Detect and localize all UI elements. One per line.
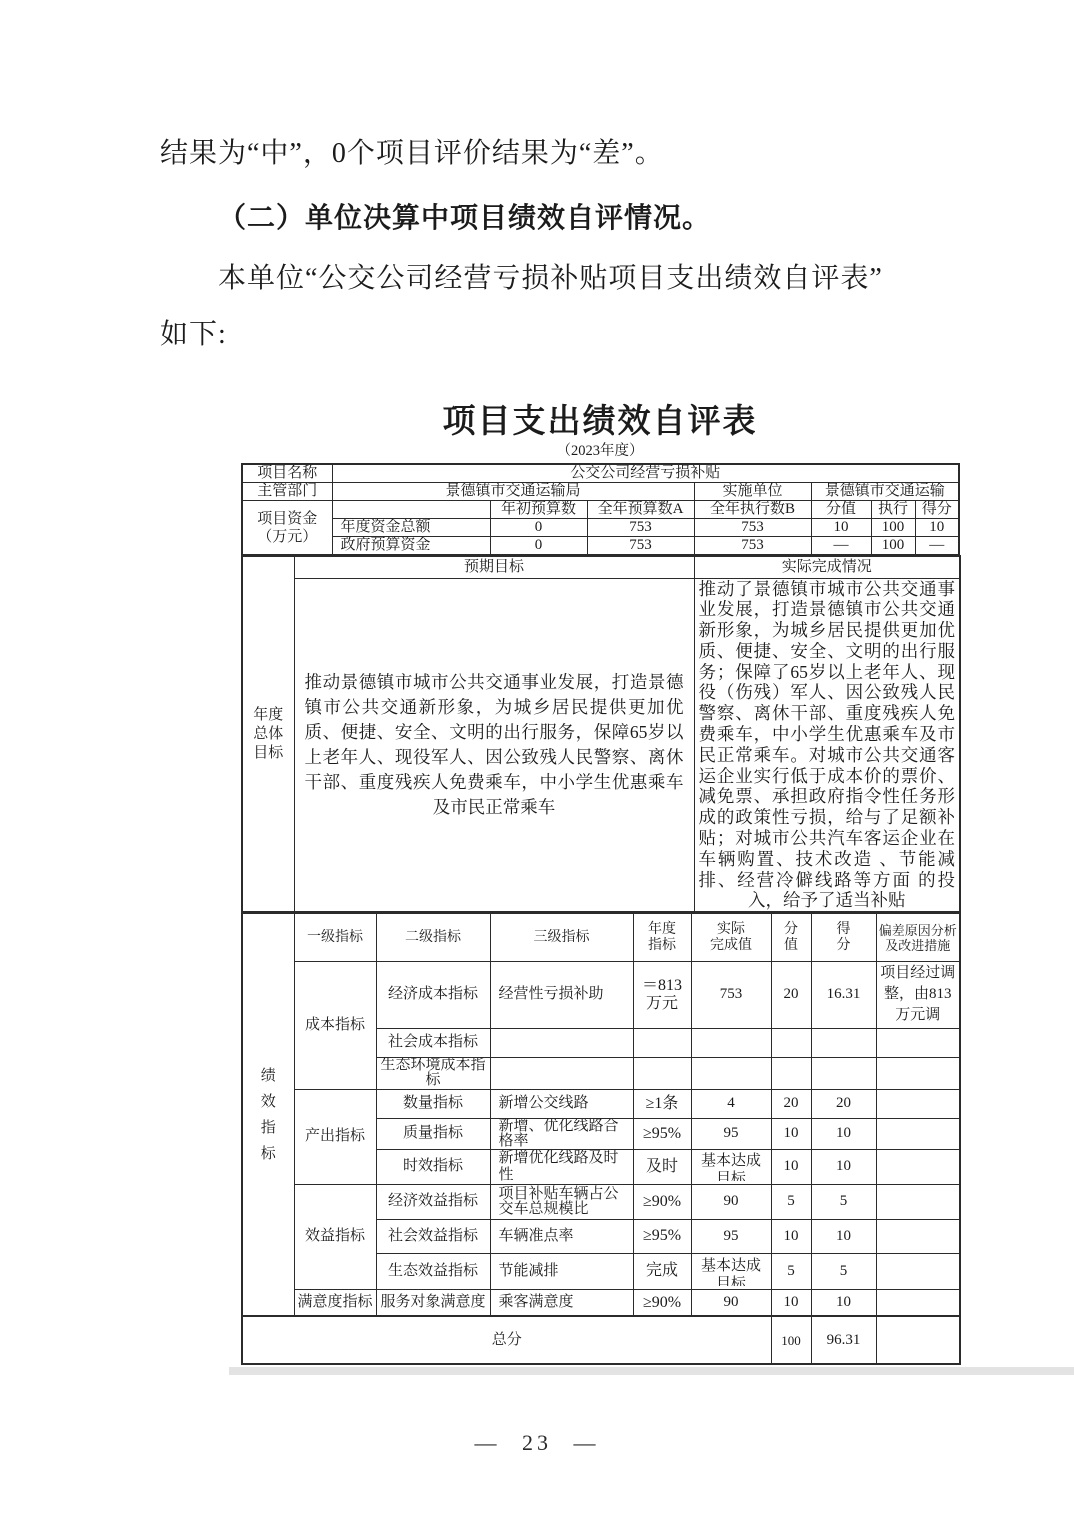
impl-unit-value: 景德镇市交通运输 [811, 483, 959, 501]
annual-cell: ≥90% [633, 1289, 691, 1316]
col-header-year-budget: 全年预算数A [587, 501, 694, 519]
total-label: 总分 [242, 1316, 771, 1364]
empty-cell [876, 1253, 960, 1289]
annual-funds-budget: 753 [587, 519, 694, 537]
annual-funds-score: 10 [915, 519, 959, 537]
empty-cell [876, 1057, 960, 1089]
level1-benefit: 效益指标 [294, 1184, 376, 1289]
score-cell: 16.31 [811, 961, 876, 1028]
level3-cell: 新增、优化线路合格率 [490, 1118, 633, 1149]
indicator-row: 产出指标 数量指标 新增公交线路 ≥1条 4 20 20 [242, 1089, 960, 1118]
actual-completion-header: 实际完成情况 [694, 556, 960, 578]
actual-cell: 基本达成 目标 [691, 1149, 771, 1184]
dept-label: 主管部门 [242, 483, 332, 501]
funds-label: 项目资金（万元） [242, 501, 332, 556]
level3-cell: 车辆准点率 [490, 1219, 633, 1253]
level3-cell: 节能减排 [490, 1253, 633, 1289]
annual-funds-exec: 753 [694, 519, 811, 537]
project-info-table: 项目名称 公交公司经营亏损补贴 主管部门 景德镇市交通运输局 实施单位 景德镇市… [241, 463, 960, 556]
empty-cell [876, 1028, 960, 1057]
empty-cell [876, 1184, 960, 1219]
level2-cell: 数量指标 [376, 1089, 490, 1118]
annual-cell: 及时 [633, 1149, 691, 1184]
level2-cell: 服务对象满意度 [376, 1289, 490, 1316]
empty-cell [633, 1057, 691, 1089]
gov-funds-exec-rate: 100 [871, 537, 915, 556]
empty-cell [876, 1316, 960, 1364]
empty-cell [691, 1057, 771, 1089]
header-level1: 一级指标 [294, 913, 376, 961]
gov-funds-initial: 0 [490, 537, 587, 556]
objectives-row-label: 年度总体目标 [242, 556, 294, 912]
header-annual: 年度 指标 [633, 913, 691, 961]
score-value-cell: 10 [771, 1118, 811, 1149]
paragraph-intro-line2: 如下: [160, 318, 1014, 352]
level2-cell: 质量指标 [376, 1118, 490, 1149]
empty-cell [876, 1089, 960, 1118]
row-project-name: 项目名称 公交公司经营亏损补贴 [242, 464, 959, 483]
section-heading: （二）单位决算中项目绩效自评情况。 [160, 200, 1014, 236]
empty-cell [876, 1149, 960, 1184]
level2-cell: 时效指标 [376, 1149, 490, 1184]
actual-cell: 753 [691, 961, 771, 1028]
objectives-header-row: 年度总体目标 预期目标 实际完成情况 [242, 556, 960, 578]
annual-funds-initial: 0 [490, 519, 587, 537]
gov-funds-budget: 753 [587, 537, 694, 556]
header-score: 得 分 [811, 913, 876, 961]
gov-funds-score: — [915, 537, 959, 556]
row-gov-budget-funds: 政府预算资金 0 753 753 — 100 — [242, 537, 959, 556]
header-actual: 实际 完成值 [691, 913, 771, 961]
row-funds-header: 项目资金（万元） 年初预算数 全年预算数A 全年执行数B 分值 执行 得分 [242, 501, 959, 519]
indicators-header-row: 绩效指标 一级指标 二级指标 三级指标 年度 指标 实际 完成值 分 值 得 分… [242, 913, 960, 961]
score-value-cell: 10 [771, 1289, 811, 1316]
score-cell: 20 [811, 1089, 876, 1118]
header-level2: 二级指标 [376, 913, 490, 961]
score-value-cell: 20 [771, 961, 811, 1028]
annual-cell: ≥1条 [633, 1089, 691, 1118]
indicator-row: 成本指标 经济成本指标 经营性亏损补助 ＝813 万元 753 20 16.31… [242, 961, 960, 1028]
performance-indicators-table: 绩效指标 一级指标 二级指标 三级指标 年度 指标 实际 完成值 分 值 得 分… [241, 912, 961, 1365]
level2-cell: 生态环境成本指标 [376, 1057, 490, 1089]
self-evaluation-sheet: 项目支出绩效自评表 （2023年度） 项目名称 公交公司经营亏损补贴 主管部门 … [241, 402, 959, 1375]
header-remark: 偏差原因分析 及改进措施 [876, 913, 960, 961]
total-score-row: 总分 100 96.31 [242, 1316, 960, 1364]
empty-cell [876, 1118, 960, 1149]
col-header-score: 得分 [915, 501, 959, 519]
score-cell: 10 [811, 1118, 876, 1149]
indicator-row: 满意度指标 服务对象满意度 乘客满意度 ≥90% 90 10 10 [242, 1289, 960, 1316]
actual-cell: 基本达成 目标 [691, 1253, 771, 1289]
empty-cell [876, 1289, 960, 1316]
indicator-row: 效益指标 经济效益指标 项目补贴车辆占公交车总规模比 ≥90% 90 5 5 [242, 1184, 960, 1219]
annual-cell: ≥95% [633, 1118, 691, 1149]
empty-cell [771, 1028, 811, 1057]
score-value-cell: 10 [771, 1219, 811, 1253]
annual-cell: 完成 [633, 1253, 691, 1289]
paragraph-intro-line1: 本单位“公交公司经营亏损补贴项目支出绩效自评表” [160, 262, 1014, 296]
score-cell: 10 [811, 1219, 876, 1253]
actual-cell: 95 [691, 1118, 771, 1149]
document-page: 结果为“中”，0个项目评价结果为“差”。 （二）单位决算中项目绩效自评情况。 本… [0, 0, 1074, 1520]
score-value-cell: 5 [771, 1184, 811, 1219]
col-header-year-exec: 全年执行数B [694, 501, 811, 519]
gov-funds-label: 政府预算资金 [332, 537, 490, 556]
project-name-label: 项目名称 [242, 464, 332, 483]
actual-completion-text: 推动了景德镇市城市公共交通事业发展，打造景德镇市公共交通新形象，为城乡居民提供更… [694, 578, 960, 912]
annual-funds-label: 年度资金总额 [332, 519, 490, 537]
col-header-exec: 执行 [871, 501, 915, 519]
actual-cell: 90 [691, 1184, 771, 1219]
document-body: 结果为“中”，0个项目评价结果为“差”。 （二）单位决算中项目绩效自评情况。 本… [0, 0, 1074, 1375]
level3-cell: 新增公交线路 [490, 1089, 633, 1118]
col-header-score-value: 分值 [811, 501, 871, 519]
annual-cell: ≥90% [633, 1184, 691, 1219]
score-value-cell: 5 [771, 1253, 811, 1289]
level3-cell: 经营性亏损补助 [490, 961, 633, 1028]
dept-value: 景德镇市交通运输局 [332, 483, 694, 501]
actual-cell: 90 [691, 1289, 771, 1316]
level3-cell: 新增优化线路及时性 [490, 1149, 633, 1184]
level2-cell: 生态效益指标 [376, 1253, 490, 1289]
empty-cell [811, 1057, 876, 1089]
gov-funds-exec: 753 [694, 537, 811, 556]
page-number: — 23 — [0, 1430, 1074, 1456]
empty-cell [490, 1057, 633, 1089]
gov-funds-score-value: — [811, 537, 871, 556]
level3-cell: 乘客满意度 [490, 1289, 633, 1316]
impl-unit-label: 实施单位 [694, 483, 811, 501]
annual-funds-exec-rate: 100 [871, 519, 915, 537]
row-department: 主管部门 景德镇市交通运输局 实施单位 景德镇市交通运输 [242, 483, 959, 501]
level1-cost: 成本指标 [294, 961, 376, 1089]
empty-cell [876, 1219, 960, 1253]
empty-cell [332, 501, 490, 519]
empty-cell [633, 1028, 691, 1057]
paragraph-result: 结果为“中”，0个项目评价结果为“差”。 [160, 137, 1014, 171]
expected-goal-header: 预期目标 [294, 556, 694, 578]
empty-cell [490, 1028, 633, 1057]
annual-cell: ≥95% [633, 1219, 691, 1253]
actual-cell: 95 [691, 1219, 771, 1253]
col-header-initial-budget: 年初预算数 [490, 501, 587, 519]
score-value-cell: 10 [771, 1149, 811, 1184]
level2-cell: 社会效益指标 [376, 1219, 490, 1253]
score-cell: 5 [811, 1184, 876, 1219]
remark-cell: 项目经过调整，由813万元调 [876, 961, 960, 1028]
expected-goal-text: 推动景德镇市城市公共交通事业发展，打造景德镇市公共交通新形象，为城乡居民提供更加… [294, 578, 694, 912]
indicators-section-label: 绩效指标 [242, 913, 294, 1316]
empty-cell [811, 1028, 876, 1057]
actual-cell: 4 [691, 1089, 771, 1118]
level1-output: 产出指标 [294, 1089, 376, 1184]
score-cell: 10 [811, 1149, 876, 1184]
score-value-cell: 20 [771, 1089, 811, 1118]
score-cell: 10 [811, 1289, 876, 1316]
objectives-content-row: 推动景德镇市城市公共交通事业发展，打造景德镇市公共交通新形象，为城乡居民提供更加… [242, 578, 960, 912]
sheet-subtitle: （2023年度） [241, 443, 959, 460]
annual-funds-score-value: 10 [811, 519, 871, 537]
level2-cell: 经济成本指标 [376, 961, 490, 1028]
row-annual-funds: 年度资金总额 0 753 753 10 100 10 [242, 519, 959, 537]
total-score: 96.31 [811, 1316, 876, 1364]
level1-satisfaction: 满意度指标 [294, 1289, 376, 1316]
empty-cell [771, 1057, 811, 1089]
score-cell: 5 [811, 1253, 876, 1289]
annual-objectives-table: 年度总体目标 预期目标 实际完成情况 推动景德镇市城市公共交通事业发展，打造景德… [241, 555, 961, 913]
level2-cell: 经济效益指标 [376, 1184, 490, 1219]
scan-shadow [229, 1367, 1074, 1375]
project-name-value: 公交公司经营亏损补贴 [332, 464, 959, 483]
sheet-title: 项目支出绩效自评表 [241, 402, 959, 440]
header-score-value: 分 值 [771, 913, 811, 961]
header-level3: 三级指标 [490, 913, 633, 961]
total-score-value: 100 [771, 1316, 811, 1364]
level2-cell: 社会成本指标 [376, 1028, 490, 1057]
level3-cell: 项目补贴车辆占公交车总规模比 [490, 1184, 633, 1219]
empty-cell [691, 1028, 771, 1057]
annual-cell: ＝813 万元 [633, 961, 691, 1028]
